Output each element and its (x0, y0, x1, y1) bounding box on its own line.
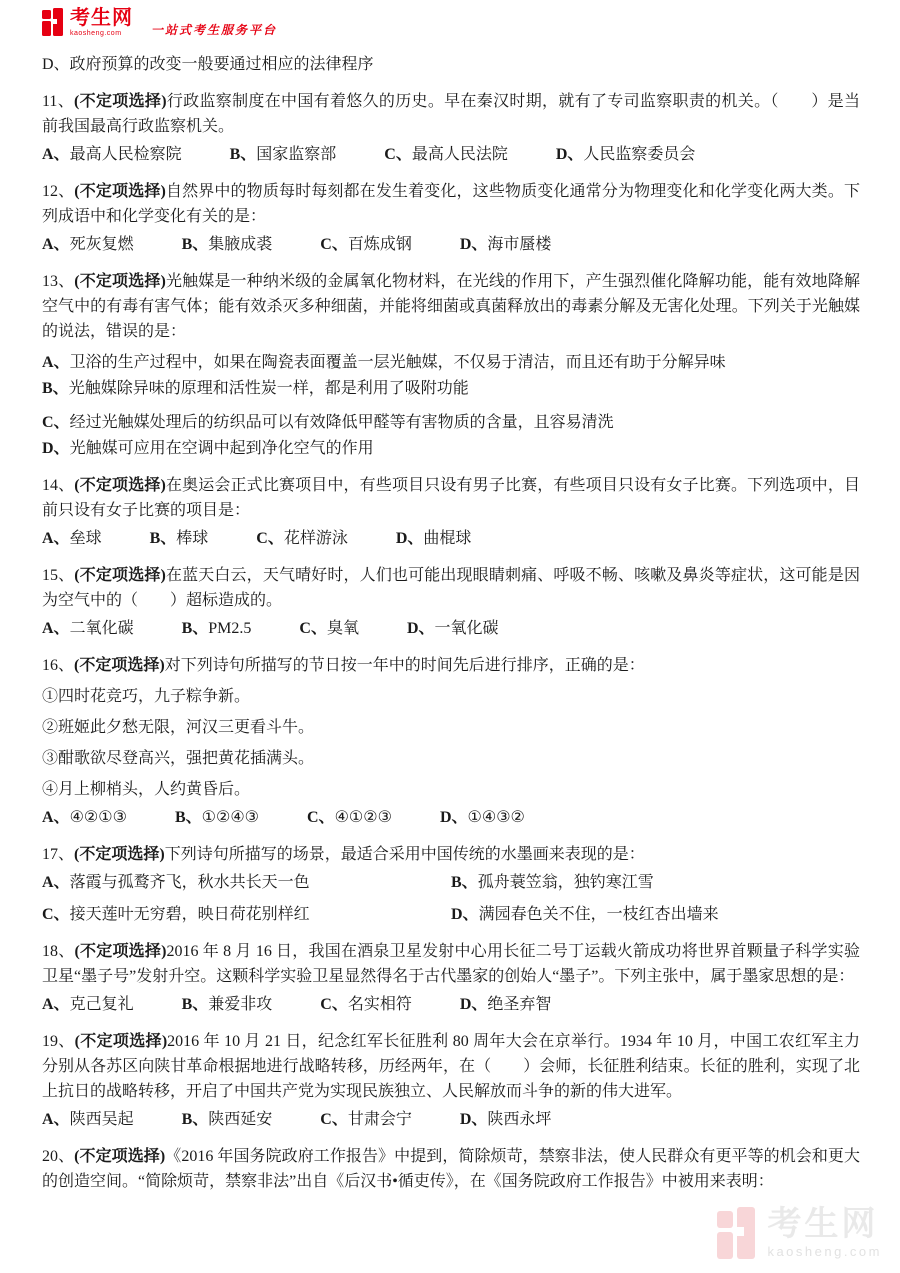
question-15-text: 15、(不定项选择)在蓝天白云，天气晴好时，人们也可能出现眼睛刺痛、呼吸不畅、咳… (42, 563, 860, 613)
question-19-options: A、陕西吴起 B、陕西延安 C、甘肃会宁 D、陕西永坪 (42, 1107, 860, 1132)
question-number: 14、 (42, 477, 74, 494)
option-d: D、人民监察委员会 (556, 142, 696, 167)
question-number: 13、 (42, 273, 74, 290)
question-number: 15、 (42, 567, 74, 584)
carryover-option-d: D、政府预算的改变一般要通过相应的法律程序 (42, 52, 860, 77)
option-c: C、臭氧 (299, 616, 359, 641)
option-b: B、孤舟蓑笠翁，独钓寒江雪 (451, 870, 860, 895)
question-type-tag: (不定项选择) (74, 943, 166, 960)
brand-text: 考生网 kaosheng.com (70, 8, 133, 37)
option-d: D、光触媒可应用在空调中起到净化空气的作用 (42, 436, 860, 461)
question-type-tag: (不定项选择) (75, 1033, 168, 1050)
option-c: C、名实相符 (320, 992, 412, 1017)
kaosheng-watermark-icon (717, 1207, 757, 1259)
option-b: B、兼爱非攻 (182, 992, 273, 1017)
poem-line-2: ②班姬此夕愁无限，河汉三更看斗牛。 (42, 715, 860, 740)
question-11: 11、(不定项选择)行政监察制度在中国有着悠久的历史。早在秦汉时期，就有了专司监… (42, 89, 860, 167)
question-12-text: 12、(不定项选择)自然界中的物质每时每刻都在发生着变化，这些物质变化通常分为物… (42, 179, 860, 229)
question-17-text: 17、(不定项选择)下列诗句所描写的场景，最适合采用中国传统的水墨画来表现的是： (42, 842, 860, 867)
question-18-text: 18、(不定项选择)2016 年 8 月 16 日，我国在酒泉卫星发射中心用长征… (42, 939, 860, 989)
option-c: C、经过光触媒处理后的纺织品可以有效降低甲醛等有害物质的含量，且容易清洗 (42, 410, 860, 435)
poem-line-4: ④月上柳梢头，人约黄昏后。 (42, 777, 860, 802)
exam-content: D、政府预算的改变一般要通过相应的法律程序 11、(不定项选择)行政监察制度在中… (0, 44, 900, 1194)
option-d: D、①④③② (440, 805, 525, 830)
question-type-tag: (不定项选择) (74, 183, 166, 200)
question-16-options: A、④②①③ B、①②④③ C、④①②③ D、①④③② (42, 805, 860, 830)
option-b: B、①②④③ (175, 805, 259, 830)
brand-tagline: 一站式考生服务平台 (151, 8, 277, 38)
question-13: 13、(不定项选择)光触媒是一种纳米级的金属氧化物材料，在光线的作用下，产生强烈… (42, 269, 860, 461)
option-c: C、甘肃会宁 (320, 1107, 412, 1132)
brand-domain: kaosheng.com (70, 30, 133, 37)
site-header: 考生网 kaosheng.com 一站式考生服务平台 (0, 0, 900, 44)
watermark-text: 考生网 kaosheng.com (767, 1207, 882, 1258)
option-d: D、海市蜃楼 (460, 232, 552, 257)
question-type-tag: (不定项选择) (74, 93, 167, 110)
option-b: B、陕西延安 (182, 1107, 273, 1132)
question-16: 16、(不定项选择)对下列诗句所描写的节日按一年中的时间先后进行排序，正确的是：… (42, 653, 860, 830)
question-19-text: 19、(不定项选择)2016 年 10 月 21 日，纪念红军长征胜利 80 周… (42, 1029, 860, 1104)
option-d: D、一氧化碳 (407, 616, 499, 641)
option-c: C、花样游泳 (256, 526, 348, 551)
option-b: B、国家监察部 (230, 142, 337, 167)
option-a: A、二氧化碳 (42, 616, 134, 641)
option-a: A、陕西吴起 (42, 1107, 134, 1132)
option-a: A、垒球 (42, 526, 102, 551)
question-18: 18、(不定项选择)2016 年 8 月 16 日，我国在酒泉卫星发射中心用长征… (42, 939, 860, 1017)
option-c: C、百炼成钢 (320, 232, 412, 257)
question-12: 12、(不定项选择)自然界中的物质每时每刻都在发生着变化，这些物质变化通常分为物… (42, 179, 860, 257)
option-c: C、④①②③ (307, 805, 392, 830)
question-17: 17、(不定项选择)下列诗句所描写的场景，最适合采用中国传统的水墨画来表现的是：… (42, 842, 860, 927)
question-15-options: A、二氧化碳 B、PM2.5 C、臭氧 D、一氧化碳 (42, 616, 860, 641)
question-11-options: A、最高人民检察院 B、国家监察部 C、最高人民法院 D、人民监察委员会 (42, 142, 860, 167)
question-type-tag: (不定项选择) (74, 1148, 165, 1165)
option-d: D、曲棍球 (396, 526, 472, 551)
question-number: 12、 (42, 183, 74, 200)
brand-name: 考生网 (70, 8, 133, 28)
question-20: 20、(不定项选择)《2016 年国务院政府工作报告》中提到，简除烦苛，禁察非法… (42, 1144, 860, 1194)
kaosheng-logo: 考生网 kaosheng.com 一站式考生服务平台 (42, 8, 900, 38)
question-14-text: 14、(不定项选择)在奥运会正式比赛项目中，有些项目只设有男子比赛，有些项目只设… (42, 473, 860, 523)
question-16-text: 16、(不定项选择)对下列诗句所描写的节日按一年中的时间先后进行排序，正确的是： (42, 653, 860, 678)
option-d: D、绝圣弃智 (460, 992, 552, 1017)
document-page: 考生网 kaosheng.com 一站式考生服务平台 D、政府预算的改变一般要通… (0, 0, 900, 1273)
question-14-options: A、垒球 B、棒球 C、花样游泳 D、曲棍球 (42, 526, 860, 551)
question-13-text: 13、(不定项选择)光触媒是一种纳米级的金属氧化物材料，在光线的作用下，产生强烈… (42, 269, 860, 344)
poem-line-1: ①四时花竞巧，九子粽争新。 (42, 684, 860, 709)
option-a: A、最高人民检察院 (42, 142, 182, 167)
option-a: A、死灰复燃 (42, 232, 134, 257)
question-20-text: 20、(不定项选择)《2016 年国务院政府工作报告》中提到，简除烦苛，禁察非法… (42, 1144, 860, 1194)
question-type-tag: (不定项选择) (74, 657, 165, 674)
question-number: 16、 (42, 657, 74, 674)
poem-line-3: ③酣歌欲尽登高兴，强把黄花插满头。 (42, 746, 860, 771)
question-type-tag: (不定项选择) (74, 567, 166, 584)
kaosheng-watermark: 考生网 kaosheng.com (717, 1207, 882, 1259)
option-b: B、光触媒除异味的原理和活性炭一样，都是利用了吸附功能 (42, 376, 860, 401)
question-number: 20、 (42, 1148, 74, 1165)
option-b: B、PM2.5 (182, 616, 252, 641)
question-body: 下列诗句所描写的场景，最适合采用中国传统的水墨画来表现的是： (165, 846, 645, 863)
question-11-text: 11、(不定项选择)行政监察制度在中国有着悠久的历史。早在秦汉时期，就有了专司监… (42, 89, 860, 139)
question-12-options: A、死灰复燃 B、集腋成裘 C、百炼成钢 D、海市蜃楼 (42, 232, 860, 257)
question-type-tag: (不定项选择) (74, 273, 166, 290)
question-type-tag: (不定项选择) (74, 846, 165, 863)
question-14: 14、(不定项选择)在奥运会正式比赛项目中，有些项目只设有男子比赛，有些项目只设… (42, 473, 860, 551)
question-number: 17、 (42, 846, 74, 863)
question-number: 18、 (42, 943, 74, 960)
question-body: 《2016 年国务院政府工作报告》中提到，简除烦苛，禁察非法，使人民群众有更平等… (42, 1148, 860, 1190)
question-number: 19、 (42, 1033, 75, 1050)
question-15: 15、(不定项选择)在蓝天白云，天气晴好时，人们也可能出现眼睛刺痛、呼吸不畅、咳… (42, 563, 860, 641)
option-b: B、集腋成裘 (182, 232, 273, 257)
question-17-options: A、落霞与孤鹜齐飞，秋水共长天一色 B、孤舟蓑笠翁，独钓寒江雪 C、接天莲叶无穷… (42, 870, 860, 927)
option-d: D、陕西永坪 (460, 1107, 552, 1132)
option-a: A、克己复礼 (42, 992, 134, 1017)
option-b: B、棒球 (150, 526, 209, 551)
question-number: 11、 (42, 93, 74, 110)
watermark-brand: 考生网 (767, 1207, 882, 1241)
question-18-options: A、克己复礼 B、兼爱非攻 C、名实相符 D、绝圣弃智 (42, 992, 860, 1017)
option-c: C、接天莲叶无穷碧，映日荷花别样红 (42, 902, 451, 927)
question-type-tag: (不定项选择) (74, 477, 166, 494)
option-d: D、满园春色关不住，一枝红杏出墙来 (451, 902, 860, 927)
question-body: 对下列诗句所描写的节日按一年中的时间先后进行排序，正确的是： (165, 657, 645, 674)
option-a: A、④②①③ (42, 805, 127, 830)
option-c: C、最高人民法院 (384, 142, 508, 167)
watermark-domain: kaosheng.com (767, 1245, 882, 1258)
kaosheng-logo-icon (42, 8, 64, 36)
option-a: A、卫浴的生产过程中，如果在陶瓷表面覆盖一层光触媒，不仅易于清洁，而且还有助于分… (42, 350, 860, 375)
question-19: 19、(不定项选择)2016 年 10 月 21 日，纪念红军长征胜利 80 周… (42, 1029, 860, 1132)
option-a: A、落霞与孤鹜齐飞，秋水共长天一色 (42, 870, 451, 895)
